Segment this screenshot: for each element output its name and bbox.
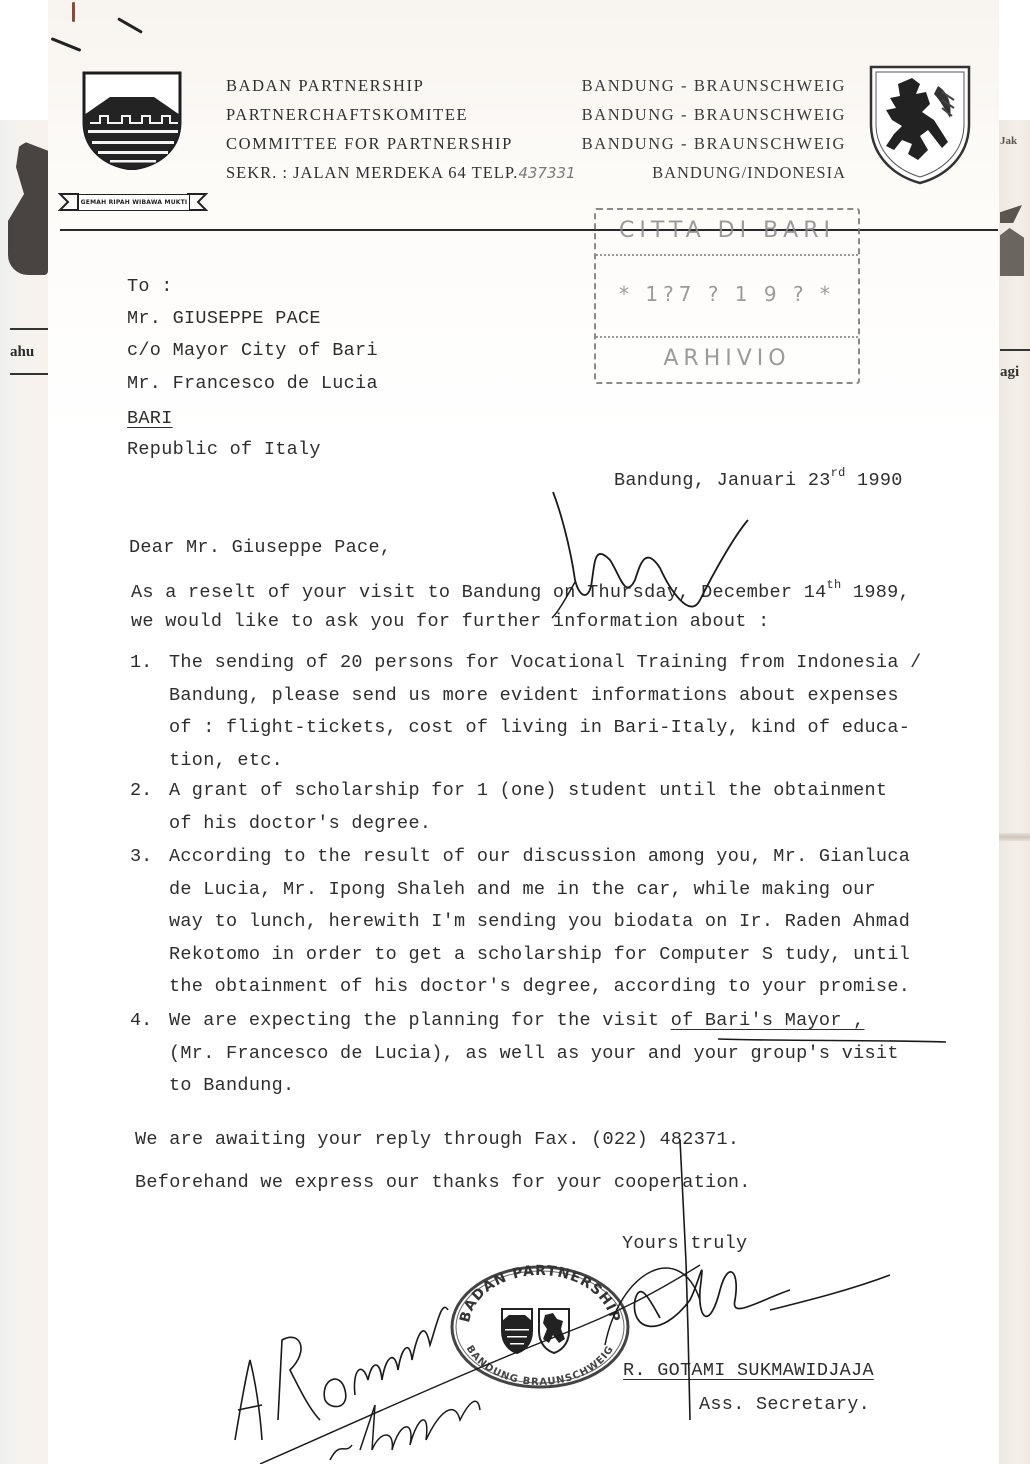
list-item-body: We are expecting the planning for the vi… [169, 1010, 899, 1108]
letterhead-cities: BANDUNG - BRAUNSCHWEIG [582, 105, 846, 134]
thanks-line: Beforehand we express our thanks for you… [135, 1172, 751, 1193]
crest-motto-ribbon: GEMAH RIPAH WIBAWA MUKTI [58, 192, 208, 212]
intro-line: we would like to ask you for further inf… [131, 611, 770, 632]
letter-date: Bandung, Januari 23rd 1990 [614, 466, 903, 491]
list-item-body: The sending of 20 persons for Vocational… [169, 652, 922, 782]
list-item-line: A grant of scholarship for 1 (one) stude… [169, 780, 887, 813]
intro-text: 1989, [842, 582, 910, 603]
organization-seal-stamp: BADAN PARTNERSHIP BANDUNG BRAUNSCHWEIG [447, 1263, 633, 1391]
letterhead-org-name: PARTNERCHAFTSKOMITEE [226, 105, 468, 134]
list-item-line: to Bandung. [169, 1075, 899, 1108]
list-item-body: According to the result of our discussio… [169, 846, 910, 1009]
background-fragment-text: Jak [1000, 135, 1017, 147]
list-item-number: 3. [130, 846, 152, 867]
signatory-name: R. GOTAMI SUKMAWIDJAJA [623, 1360, 874, 1381]
svg-text:BANDUNG BRAUNSCHWEIG: BANDUNG BRAUNSCHWEIG [464, 1344, 617, 1388]
letterhead-address: SEKR. : JALAN MERDEKA 64 TELP.437331 BAN… [226, 163, 846, 192]
closing: Yours truly [622, 1233, 747, 1254]
list-item-line: of his doctor's degree. [169, 813, 887, 846]
stamp-city-text: CITTA DI BARI [596, 218, 858, 243]
list-item-line: We are expecting the planning for the vi… [169, 1010, 899, 1043]
address-text: SEKR. : JALAN MERDEKA 64 TELP. [226, 163, 518, 182]
fax-line: We are awaiting your reply through Fax. … [135, 1129, 739, 1150]
salutation: Dear Mr. Giuseppe Pace, [129, 537, 391, 558]
crest-motto-text: GEMAH RIPAH WIBAWA MUKTI [78, 194, 190, 211]
list-item-number: 1. [130, 652, 152, 673]
letterhead-cities: BANDUNG - BRAUNSCHWEIG [582, 76, 846, 105]
list-item-line: Bandung, please send us more evident inf… [169, 685, 922, 718]
to-label: To : [127, 276, 173, 297]
list-item-line: de Lucia, Mr. Ipong Shaleh and me in the… [169, 879, 910, 912]
list-item-line: of : flight-tickets, cost of living in B… [169, 717, 922, 750]
letterhead-org-name: BADAN PARTNERSHIP [226, 76, 424, 105]
divider [10, 373, 50, 375]
list-item-line: tion, etc. [169, 750, 922, 783]
intro-text: As a reselt of your visit to Bandung on … [131, 582, 827, 603]
divider [10, 328, 50, 330]
letterhead-line: COMMITTEE FOR PARTNERSHIP BANDUNG - BRAU… [226, 134, 846, 163]
background-paper-left [0, 120, 50, 1464]
background-fragment-text: agi [1000, 364, 1019, 381]
recipient-name: Mr. GIUSEPPE PACE [127, 308, 321, 329]
pen-mark [72, 2, 75, 22]
stamp-divider [596, 336, 858, 338]
recipient-care-of: c/o Mayor City of Bari [127, 340, 378, 361]
stamp-date-text: * 1?7 ? 1 9 ? * [596, 282, 858, 306]
letterhead-line: BADAN PARTNERSHIP BANDUNG - BRAUNSCHWEIG [226, 76, 846, 105]
archive-received-stamp: CITTA DI BARI * 1?7 ? 1 9 ? * ARHIVIO [594, 208, 860, 384]
letterhead-cities: BANDUNG - BRAUNSCHWEIG [582, 134, 846, 163]
braunschweig-lion-crest-icon [868, 64, 972, 186]
list-item-text: We are expecting the planning for the vi… [169, 1010, 671, 1031]
divider [1000, 349, 1030, 351]
bandung-coat-of-arms-icon [80, 70, 184, 170]
date-day: Bandung, Januari 23 [614, 470, 831, 491]
address-city: BANDUNG/INDONESIA [652, 163, 846, 192]
signatory-title: Ass. Secretary. [699, 1394, 870, 1415]
letterhead-org-name: COMMITTEE FOR PARTNERSHIP [226, 134, 513, 163]
handwritten-underlined-text: of Bari's Mayor , [671, 1010, 865, 1031]
background-paper-right [998, 120, 1030, 1464]
background-fragment-text: ahu [10, 344, 34, 361]
date-ordinal: rd [831, 466, 846, 480]
letterhead-line: PARTNERCHAFTSKOMITEE BANDUNG - BRAUNSCHW… [226, 105, 846, 134]
recipient-mayor: Mr. Francesco de Lucia [127, 373, 378, 394]
list-item-body: A grant of scholarship for 1 (one) stude… [169, 780, 887, 845]
recipient-country: Republic of Italy [127, 439, 321, 460]
list-item-number: 2. [130, 780, 152, 801]
paper-fold [998, 833, 1030, 841]
date-year: 1990 [846, 470, 903, 491]
handwritten-phone: 437331 [518, 164, 575, 182]
stamp-divider [596, 254, 858, 256]
stamp-archive-text: ARHIVIO [596, 346, 858, 371]
list-item-line: According to the result of our discussio… [169, 846, 910, 879]
recipient-city: BARI [127, 408, 173, 429]
list-item-line: The sending of 20 persons for Vocational… [169, 652, 922, 685]
intro-line: As a reselt of your visit to Bandung on … [131, 578, 910, 603]
list-item-line: the obtainment of his doctor's degree, a… [169, 976, 910, 1009]
list-item-line: way to lunch, herewith I'm sending you b… [169, 911, 910, 944]
list-item-line: (Mr. Francesco de Lucia), as well as you… [169, 1043, 899, 1076]
list-item-line: Rekotomo in order to get a scholarship f… [169, 944, 910, 977]
list-item-number: 4. [130, 1010, 152, 1031]
letterhead: BADAN PARTNERSHIP BANDUNG - BRAUNSCHWEIG… [226, 76, 846, 192]
date-ordinal: th [827, 578, 842, 592]
